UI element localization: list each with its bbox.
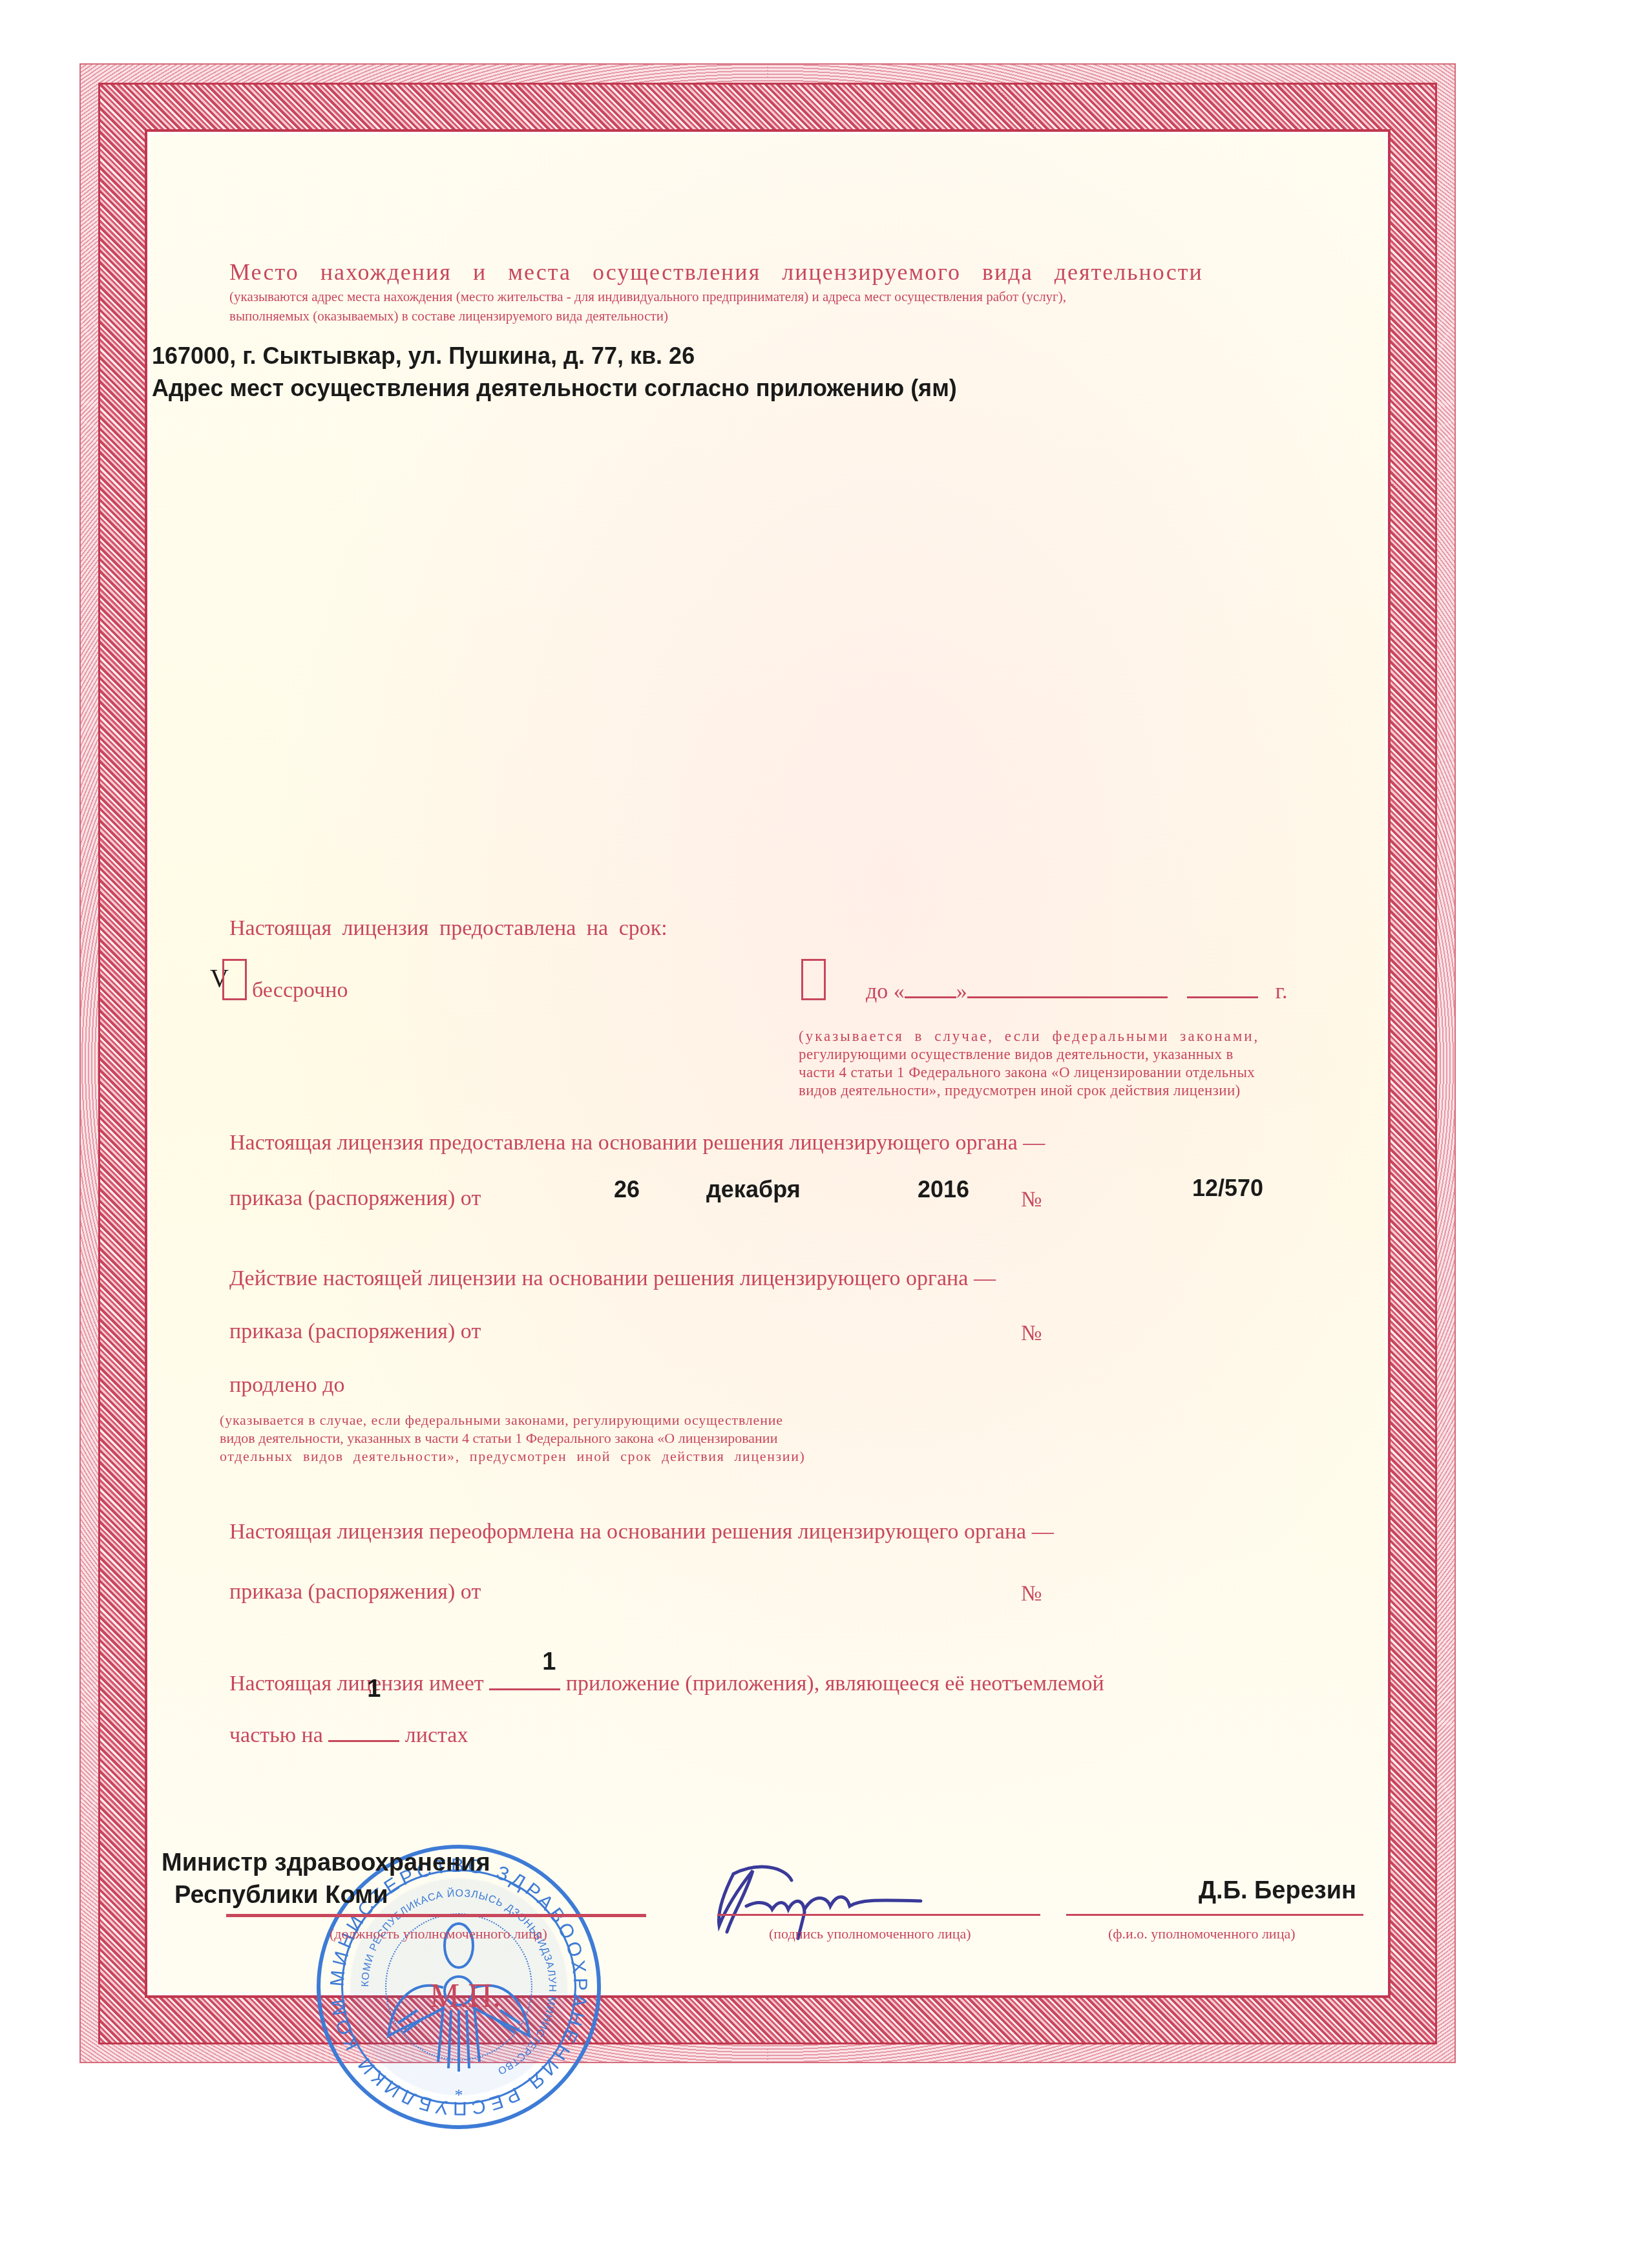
term-note-line: части 4 статьи 1 Федерального закона «О … bbox=[799, 1064, 1259, 1082]
extended-until-label: продлено до bbox=[229, 1373, 345, 1398]
location-heading: Место нахождения и места осуществления л… bbox=[229, 258, 1203, 286]
sheets-prefix: частью на bbox=[229, 1723, 323, 1747]
granted-number: 12/570 bbox=[1192, 1175, 1263, 1202]
appendix-line2: частью на 1 листах bbox=[229, 1722, 468, 1748]
extended-note-line: отдельных видов деятельности», предусмот… bbox=[220, 1447, 806, 1465]
address-line-2: Адрес мест осуществления деятельности со… bbox=[152, 375, 957, 402]
checkbox-unlimited[interactable] bbox=[222, 959, 247, 1000]
sheets-suffix: листах bbox=[405, 1723, 468, 1747]
term-note: (указывается в случае, если федеральными… bbox=[799, 1027, 1259, 1100]
extended-note-line: видов деятельности, указанных в части 4 … bbox=[220, 1429, 806, 1447]
term-note-line: видов деятельности», предусмотрен иной с… bbox=[799, 1082, 1259, 1100]
appendix-line1: Настоящая лицензия имеет 1 приложение (п… bbox=[229, 1670, 1104, 1696]
appendix-suffix: приложение (приложения), являющееся её н… bbox=[566, 1672, 1104, 1696]
granted-month: декабря bbox=[706, 1176, 801, 1203]
until-prefix: до « bbox=[866, 980, 905, 1003]
until-month-blank[interactable] bbox=[967, 978, 1168, 998]
svg-text:*: * bbox=[455, 2086, 463, 2105]
extended-number-label: № bbox=[1021, 1321, 1042, 1346]
term-heading: Настоящая лицензия предоставлена на срок… bbox=[229, 916, 667, 941]
until-day-blank[interactable] bbox=[905, 978, 956, 998]
extended-note: (указывается в случае, если федеральными… bbox=[220, 1411, 806, 1465]
until-suffix: г. bbox=[1276, 980, 1288, 1003]
sheet-count: 1 bbox=[367, 1675, 381, 1703]
sheet-count-blank: 1 bbox=[328, 1722, 399, 1742]
extended-order-label: приказа (распоряжения) от bbox=[229, 1319, 481, 1344]
appendix-count: 1 bbox=[542, 1648, 556, 1676]
reissued-line1: Настоящая лицензия переоформлена на осно… bbox=[229, 1520, 1054, 1544]
name-caption: (ф.и.о. уполномоченного лица) bbox=[1108, 1926, 1296, 1942]
reissued-number-label: № bbox=[1021, 1582, 1042, 1606]
position-caption: (должность уполномоченного лица) bbox=[330, 1926, 547, 1942]
signatory-position-line2: Республики Коми bbox=[174, 1882, 388, 1909]
granted-line1: Настоящая лицензия предоставлена на осно… bbox=[229, 1131, 1045, 1155]
position-underline bbox=[226, 1914, 646, 1917]
extended-line1: Действие настоящей лицензии на основании… bbox=[229, 1266, 996, 1291]
granted-order-label: приказа (распоряжения) от bbox=[229, 1186, 481, 1211]
appendix-count-blank: 1 bbox=[489, 1670, 560, 1690]
until-mid: » bbox=[956, 980, 967, 1003]
location-hint-line2: выполняемых (оказываемых) в составе лице… bbox=[229, 307, 668, 325]
until-date-field: до «» г. bbox=[866, 978, 1287, 1004]
location-hint-line1: (указываются адрес места нахождения (мес… bbox=[229, 288, 1066, 306]
label-unlimited: бессрочно bbox=[252, 978, 348, 1003]
signatory-name: Д.Б. Березин bbox=[1199, 1877, 1356, 1905]
granted-day: 26 bbox=[614, 1176, 640, 1203]
term-note-line: (указывается в случае, если федеральными… bbox=[799, 1027, 1259, 1045]
term-note-line: регулирующими осуществление видов деятел… bbox=[799, 1045, 1259, 1064]
reissued-order-label: приказа (распоряжения) от bbox=[229, 1580, 481, 1604]
seal-place-label: М.П. bbox=[430, 1977, 501, 2015]
appendix-prefix: Настоящая лицензия имеет bbox=[229, 1672, 484, 1696]
checkbox-until-date[interactable] bbox=[801, 959, 826, 1000]
until-year-blank[interactable] bbox=[1187, 978, 1258, 998]
extended-note-line: (указывается в случае, если федеральными… bbox=[220, 1411, 806, 1429]
granted-year: 2016 bbox=[918, 1176, 969, 1203]
address-line-1: 167000, г. Сыктывкар, ул. Пушкина, д. 77… bbox=[152, 342, 695, 370]
signature-caption: (подпись уполномоченного лица) bbox=[769, 1926, 971, 1942]
name-underline bbox=[1066, 1914, 1363, 1916]
signatory-position-line1: Министр здравоохранения bbox=[162, 1849, 490, 1877]
granted-number-label: № bbox=[1021, 1188, 1042, 1212]
signature-underline bbox=[717, 1914, 1040, 1916]
